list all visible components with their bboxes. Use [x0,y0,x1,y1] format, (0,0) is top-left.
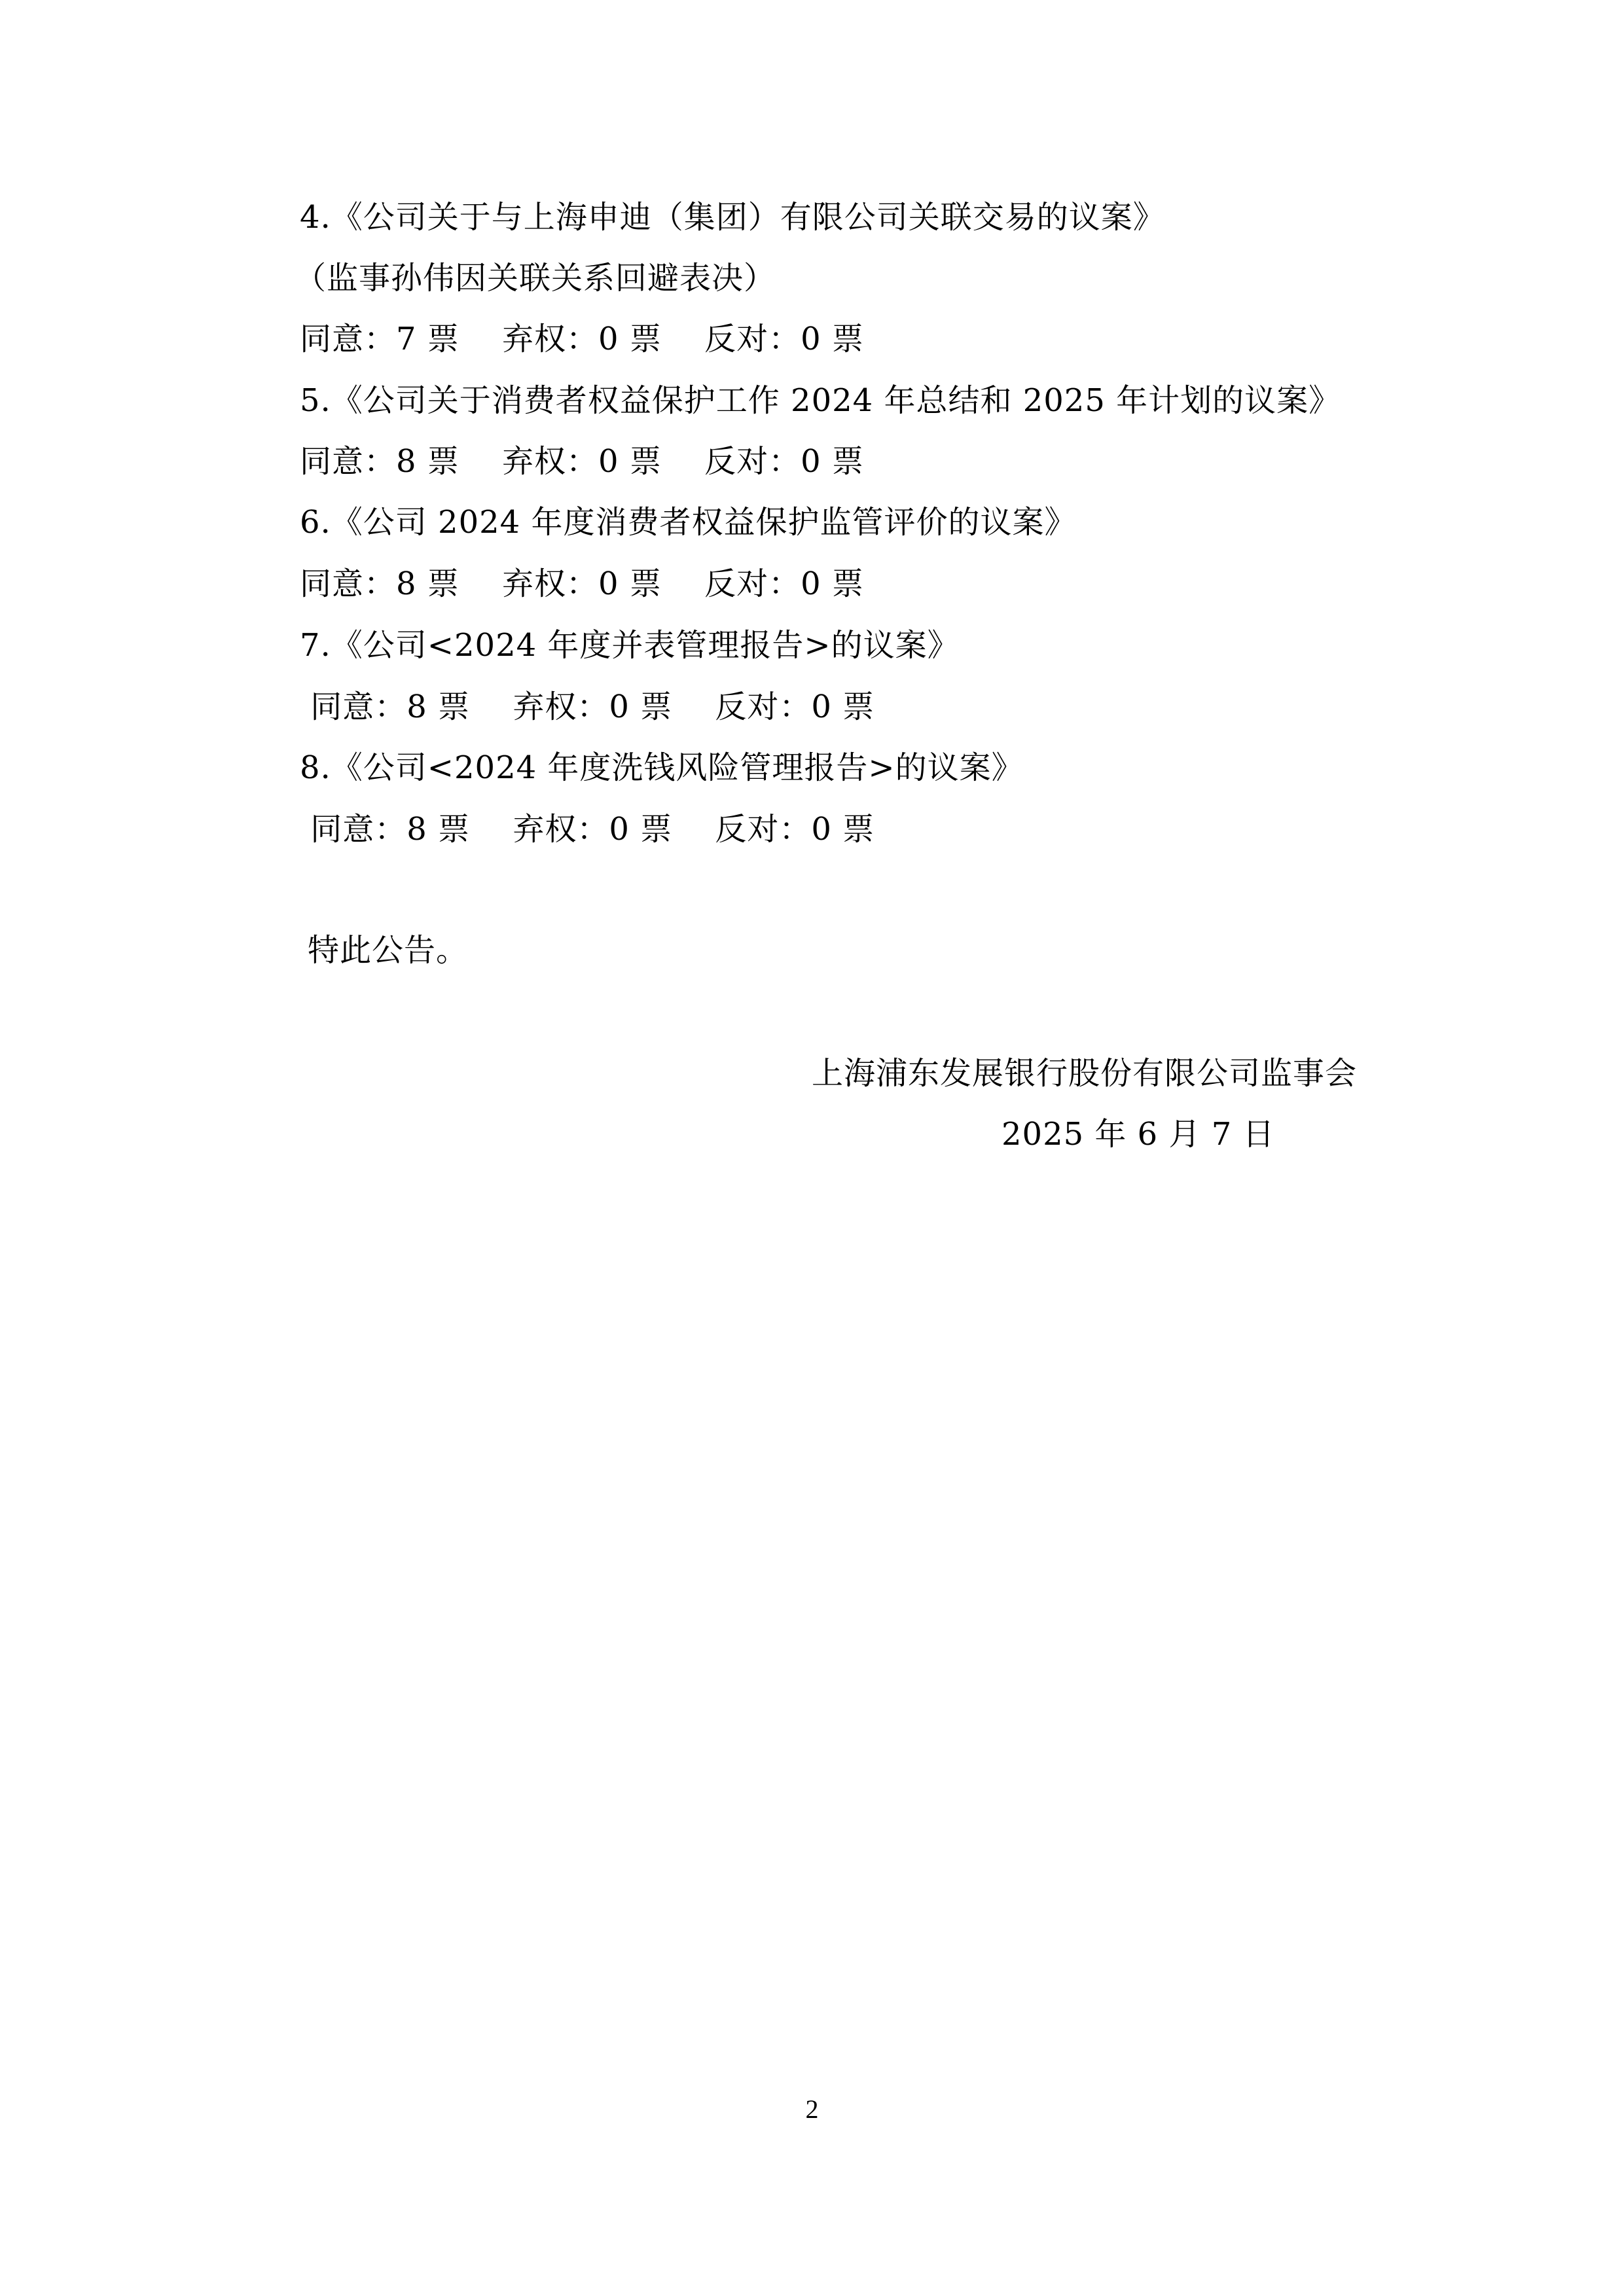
item-8-votes: 同意：8 票 弃权：0 票 反对：0 票 [300,810,875,849]
closing-statement: 特此公告。 [308,931,468,970]
item-5-title: 5.《公司关于消费者权益保护工作 2024 年总结和 2025 年计划的议案》 [300,381,1341,420]
item-4-votes: 同意：7 票 弃权：0 票 反对：0 票 [300,319,864,359]
signature-date: 2025 年 6 月 7 日 [1001,1115,1275,1154]
item-7-title: 7.《公司<2024 年度并表管理报告>的议案》 [300,626,960,665]
item-6-title: 6.《公司 2024 年度消费者权益保护监管评价的议案》 [300,503,1076,542]
item-4-title: 4.《公司关于与上海申迪（集团）有限公司关联交易的议案》 [300,198,1165,237]
item-4-note: （监事孙伟因关联关系回避表决） [295,259,776,298]
signature-org: 上海浦东发展银行股份有限公司监事会 [812,1054,1357,1093]
item-8-title: 8.《公司<2024 年度洗钱风险管理报告>的议案》 [300,748,1024,787]
item-6-votes: 同意：8 票 弃权：0 票 反对：0 票 [300,564,864,603]
item-7-votes: 同意：8 票 弃权：0 票 反对：0 票 [300,687,875,726]
page-number: 2 [0,2093,1624,2126]
item-5-votes: 同意：8 票 弃权：0 票 反对：0 票 [300,442,864,481]
